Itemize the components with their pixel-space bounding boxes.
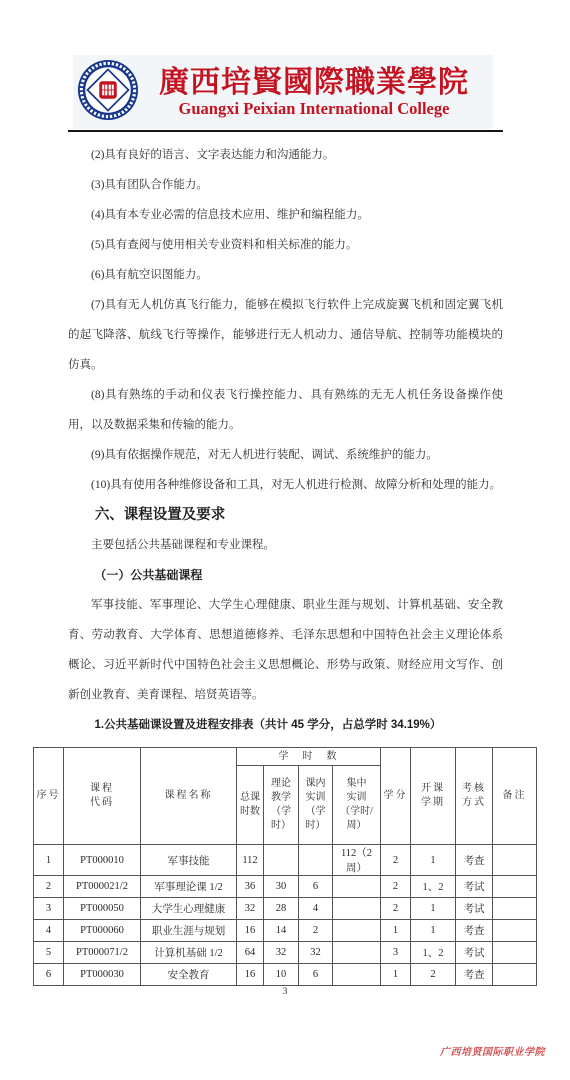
col-header-seq: 序号 [34, 748, 64, 845]
cell-concentrated [333, 920, 381, 942]
table-row: 2 PT000021/2 军事理论课 1/2 36 30 6 2 1、2 考试 [34, 876, 537, 898]
subsection-heading: （一）公共基础课程 [68, 560, 503, 590]
cell-assessment: 考试 [456, 898, 493, 920]
cell-seq: 3 [34, 898, 64, 920]
section-intro: 主要包括公共基础课程和专业课程。 [68, 530, 503, 560]
cell-total: 112 [237, 845, 264, 876]
col-header-semester: 开课 学期 [411, 748, 456, 845]
cell-total: 16 [237, 964, 264, 986]
course-overview: 军事技能、军事理论、大学生心理健康、职业生涯与规划、计算机基础、安全教育、劳动教… [68, 590, 503, 710]
body-paragraph: (5)具有查阅与使用相关专业资料和相关标准的能力。 [68, 230, 503, 260]
table-row: 5 PT000071/2 计算机基础 1/2 64 32 32 3 1、2 考试 [34, 942, 537, 964]
col-header-credits: 学分 [381, 748, 411, 845]
cell-name: 计算机基础 1/2 [141, 942, 237, 964]
table-title: 1.公共基础课设置及进程安排表（共计 45 学分，占总学时 34.19%） [68, 710, 503, 740]
cell-name: 军事技能 [141, 845, 237, 876]
body-paragraph: (8)具有熟练的手动和仪表飞行操控能力、具有熟练的无无人机任务设备操作使用，以及… [68, 380, 503, 440]
body-paragraph: (9)具有依据操作规范，对无人机进行装配、调试、系统维护的能力。 [68, 440, 503, 470]
cell-seq: 5 [34, 942, 64, 964]
cell-concentrated [333, 942, 381, 964]
cell-semester: 1 [411, 845, 456, 876]
cell-credits: 2 [381, 845, 411, 876]
cell-inclass: 2 [299, 920, 333, 942]
cell-name: 职业生涯与规划 [141, 920, 237, 942]
cell-assessment: 考查 [456, 845, 493, 876]
course-table: 序号 课程 代码 课程名称 学 时 数 学分 开课 学期 考核 方式 备注 总课… [33, 747, 537, 986]
table-row: 6 PT000030 安全教育 16 10 6 1 2 考查 [34, 964, 537, 986]
cell-remarks [493, 942, 537, 964]
cell-seq: 1 [34, 845, 64, 876]
cell-semester: 1、2 [411, 942, 456, 964]
col-header-assessment: 考核 方式 [456, 748, 493, 845]
section-heading: 六、课程设置及要求 [68, 500, 503, 530]
body-paragraph: (10)具有使用各种维修设备和工具，对无人机进行检测、故障分析和处理的能力。 [68, 470, 503, 500]
body-paragraph: (2)具有良好的语言、文字表达能力和沟通能力。 [68, 140, 503, 170]
body-text: (2)具有良好的语言、文字表达能力和沟通能力。 (3)具有团队合作能力。 (4)… [68, 140, 503, 740]
table-row: 4 PT000060 职业生涯与规划 16 14 2 1 1 考查 [34, 920, 537, 942]
body-paragraph: (6)具有航空识图能力。 [68, 260, 503, 290]
document-page: 廣西培賢國際職業學院 Guangxi Peixian International… [0, 0, 570, 1080]
cell-name: 安全教育 [141, 964, 237, 986]
cell-remarks [493, 898, 537, 920]
course-table-container: 序号 课程 代码 课程名称 学 时 数 学分 开课 学期 考核 方式 备注 总课… [33, 747, 537, 986]
cell-assessment: 考试 [456, 876, 493, 898]
col-header-inclass-hours: 课内 实训 （学 时） [299, 766, 333, 845]
cell-credits: 1 [381, 920, 411, 942]
cell-code: PT000030 [64, 964, 141, 986]
table-row: 3 PT000050 大学生心理健康 32 28 4 2 1 考试 [34, 898, 537, 920]
cell-remarks [493, 920, 537, 942]
cell-semester: 2 [411, 964, 456, 986]
cell-code: PT000071/2 [64, 942, 141, 964]
col-header-remarks: 备注 [493, 748, 537, 845]
cell-code: PT000050 [64, 898, 141, 920]
footer-watermark: 广西培贤国际职业学院 [440, 1043, 545, 1058]
college-header: 廣西培賢國際職業學院 Guangxi Peixian International… [73, 55, 493, 129]
cell-code: PT000010 [64, 845, 141, 876]
college-seal-icon [77, 59, 139, 121]
cell-inclass: 6 [299, 876, 333, 898]
cell-inclass: 6 [299, 964, 333, 986]
col-header-concentrated-hours: 集中 实训 （学时/ 周） [333, 766, 381, 845]
cell-inclass: 32 [299, 942, 333, 964]
cell-seq: 6 [34, 964, 64, 986]
col-header-name: 课程名称 [141, 748, 237, 845]
cell-credits: 1 [381, 964, 411, 986]
cell-theory: 14 [264, 920, 299, 942]
cell-semester: 1、2 [411, 876, 456, 898]
cell-seq: 4 [34, 920, 64, 942]
college-logo [77, 59, 139, 126]
cell-credits: 3 [381, 942, 411, 964]
college-title-block: 廣西培賢國際職業學院 Guangxi Peixian International… [139, 67, 493, 118]
cell-remarks [493, 876, 537, 898]
cell-concentrated [333, 964, 381, 986]
cell-assessment: 考查 [456, 920, 493, 942]
cell-credits: 2 [381, 898, 411, 920]
cell-theory: 30 [264, 876, 299, 898]
cell-concentrated [333, 876, 381, 898]
cell-name: 军事理论课 1/2 [141, 876, 237, 898]
cell-inclass: 4 [299, 898, 333, 920]
cell-semester: 1 [411, 898, 456, 920]
cell-seq: 2 [34, 876, 64, 898]
col-header-theory-hours: 理论 教学 （学 时） [264, 766, 299, 845]
body-paragraph: (7)具有无人机仿真飞行能力，能够在模拟飞行软件上完成旋翼飞机和固定翼飞机的起飞… [68, 290, 503, 380]
cell-remarks [493, 845, 537, 876]
cell-assessment: 考试 [456, 942, 493, 964]
col-group-hours: 学 时 数 [237, 748, 381, 766]
college-name-zh: 廣西培賢國際職業學院 [139, 67, 489, 99]
cell-code: PT000021/2 [64, 876, 141, 898]
cell-name: 大学生心理健康 [141, 898, 237, 920]
cell-remarks [493, 964, 537, 986]
table-row: 1 PT000010 军事技能 112 112（2周） 2 1 考查 [34, 845, 537, 876]
header-divider [68, 130, 503, 132]
cell-credits: 2 [381, 876, 411, 898]
cell-semester: 1 [411, 920, 456, 942]
body-paragraph: (3)具有团队合作能力。 [68, 170, 503, 200]
cell-theory: 10 [264, 964, 299, 986]
cell-total: 64 [237, 942, 264, 964]
col-header-code: 课程 代码 [64, 748, 141, 845]
cell-code: PT000060 [64, 920, 141, 942]
college-name-en: Guangxi Peixian International College [139, 99, 489, 118]
cell-concentrated: 112（2周） [333, 845, 381, 876]
body-paragraph: (4)具有本专业必需的信息技术应用、维护和编程能力。 [68, 200, 503, 230]
col-header-total-hours: 总课 时数 [237, 766, 264, 845]
page-number: 3 [0, 987, 570, 997]
cell-inclass [299, 845, 333, 876]
cell-total: 36 [237, 876, 264, 898]
cell-theory: 32 [264, 942, 299, 964]
cell-total: 16 [237, 920, 264, 942]
cell-total: 32 [237, 898, 264, 920]
cell-theory: 28 [264, 898, 299, 920]
cell-assessment: 考查 [456, 964, 493, 986]
cell-concentrated [333, 898, 381, 920]
cell-theory [264, 845, 299, 876]
